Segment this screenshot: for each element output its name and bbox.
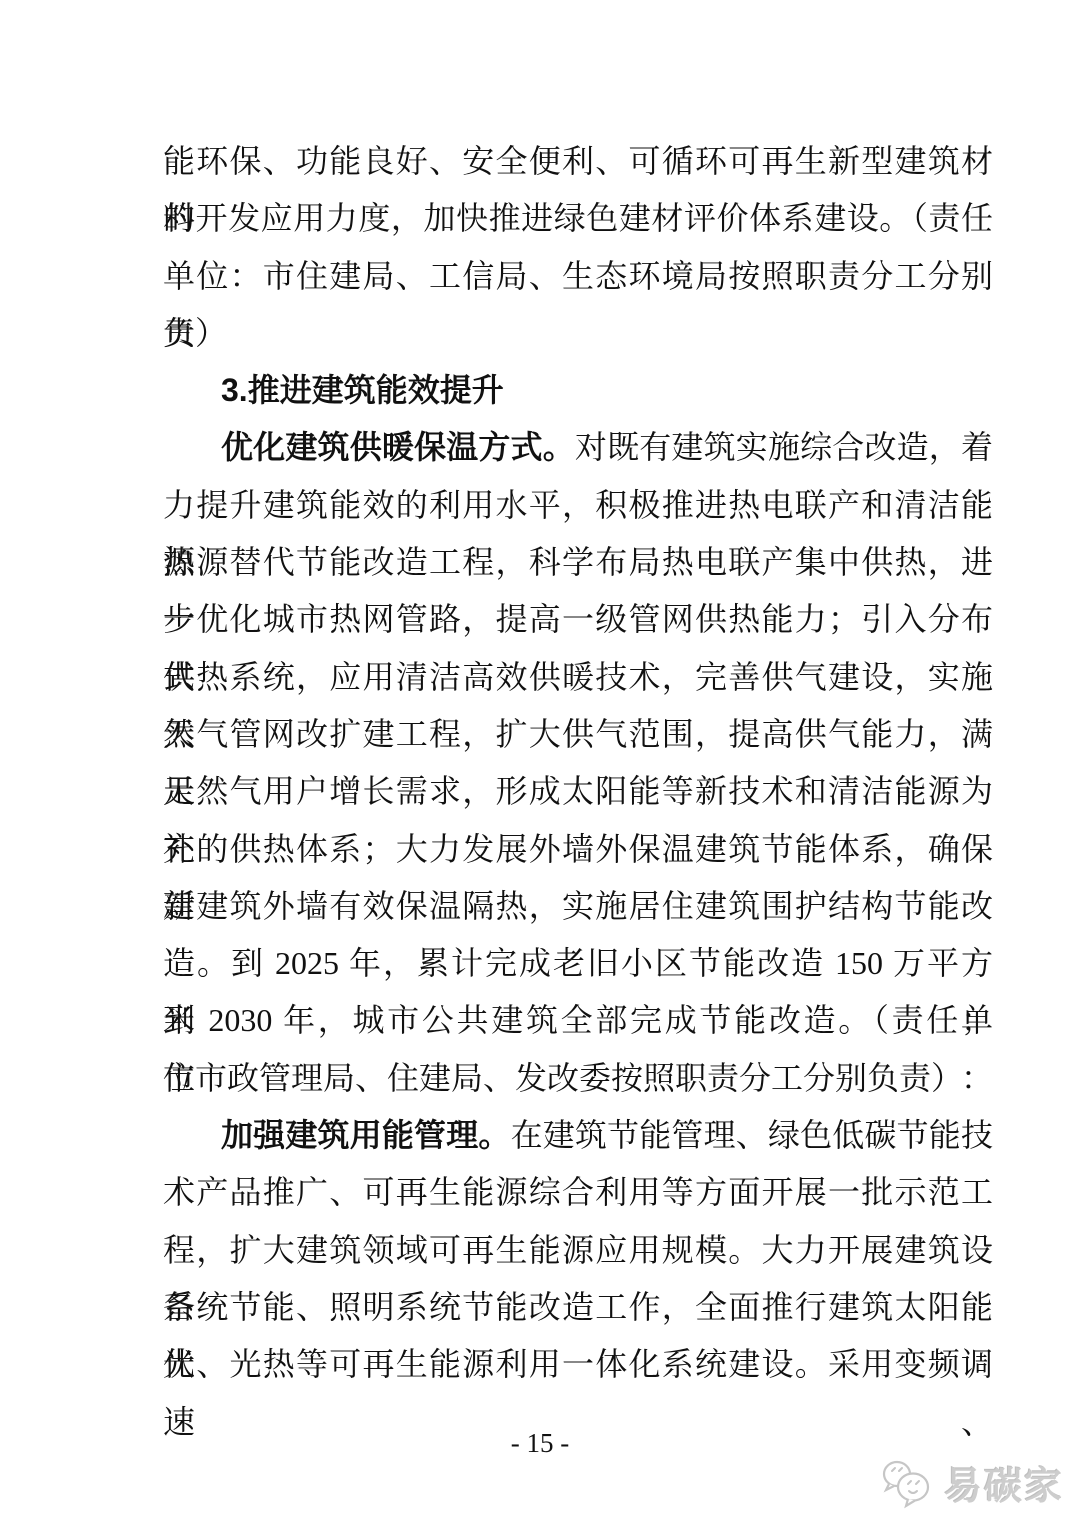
wechat-icon — [880, 1457, 938, 1509]
bold-run: 3.推进建筑能效提升 — [221, 372, 504, 408]
text-run: 伏、光热等可再生能源利用一体化系统建设。采用变频调速、 — [163, 1346, 993, 1439]
text-line: 步优化城市热网管路，提高一级管网供热能力；引入分布式 — [163, 591, 993, 648]
text-line: 的开发应用力度，加快推进绿色建材评价体系建设。（责任 — [163, 190, 993, 247]
text-run: 建建筑外墙有效保温隔热，实施居住建筑围护结构节能改 — [163, 888, 993, 924]
text-run: 对既有建筑实施综合改造，着 — [575, 429, 993, 465]
document-page: 能环保、功能良好、安全便利、可循环可再生新型建筑材料的开发应用力度，加快推进绿色… — [0, 0, 1080, 1526]
text-run: 市市政管理局、住建局、发改委按照职责分工分别负责） — [163, 1060, 963, 1096]
text-run: 的开发应用力度，加快推进绿色建材评价体系建设。（责任 — [163, 200, 993, 236]
text-line: 供热系统，应用清洁高效供暖技术，完善供气建设，实施天 — [163, 649, 993, 706]
text-run: 在建筑节能管理、绿色低碳节能技 — [511, 1117, 993, 1153]
text-block: 能环保、功能良好、安全便利、可循环可再生新型建筑材料的开发应用力度，加快推进绿色… — [163, 133, 993, 1394]
bold-run: 优化建筑供暖保温方式。 — [221, 429, 575, 465]
text-line: 力提升建筑能效的利用水平，积极推进热电联产和清洁能源 — [163, 477, 993, 534]
text-run: 术产品推广、可再生能源综合利用等方面开展一批示范工 — [163, 1174, 993, 1210]
text-line: 单位：市住建局、工信局、生态环境局按照职责分工分别负 — [163, 248, 993, 305]
text-line: 到 2030 年，城市公共建筑全部完成节能改造。（责任单位： — [163, 992, 993, 1049]
text-line: 伏、光热等可再生能源利用一体化系统建设。采用变频调速、 — [163, 1336, 993, 1393]
text-line: 系统节能、照明系统节能改造工作，全面推行建筑太阳能光 — [163, 1279, 993, 1336]
text-line: 责） — [163, 305, 993, 362]
text-line: 造。到 2025 年，累计完成老旧小区节能改造 150 万平方米； — [163, 935, 993, 992]
bold-run: 加强建筑用能管理。 — [221, 1117, 511, 1153]
text-line: 术产品推广、可再生能源综合利用等方面开展一批示范工 — [163, 1164, 993, 1221]
text-line: 热源替代节能改造工程，科学布局热电联产集中供热，进一 — [163, 534, 993, 591]
text-line: 优化建筑供暖保温方式。对既有建筑实施综合改造，着 — [163, 419, 993, 476]
section-heading: 3.推进建筑能效提升 — [163, 362, 993, 419]
text-line: 程，扩大建筑领域可再生能源应用规模。大力开展建筑设备 — [163, 1222, 993, 1279]
text-line: 然气管网改扩建工程，扩大供气范围，提高供气能力，满足 — [163, 706, 993, 763]
watermark: 易碳家 — [880, 1455, 1064, 1510]
text-line: 天然气用户增长需求，形成太阳能等新技术和清洁能源为补 — [163, 763, 993, 820]
text-line: 建建筑外墙有效保温隔热，实施居住建筑围护结构节能改 — [163, 878, 993, 935]
text-run: 责） — [163, 315, 227, 351]
text-line: 充的供热体系；大力发展外墙外保温建筑节能体系，确保新 — [163, 821, 993, 878]
text-line: 加强建筑用能管理。在建筑节能管理、绿色低碳节能技 — [163, 1107, 993, 1164]
text-line: 市市政管理局、住建局、发改委按照职责分工分别负责） — [163, 1050, 993, 1107]
text-line: 能环保、功能良好、安全便利、可循环可再生新型建筑材料 — [163, 133, 993, 190]
watermark-brand: 易碳家 — [944, 1455, 1064, 1510]
